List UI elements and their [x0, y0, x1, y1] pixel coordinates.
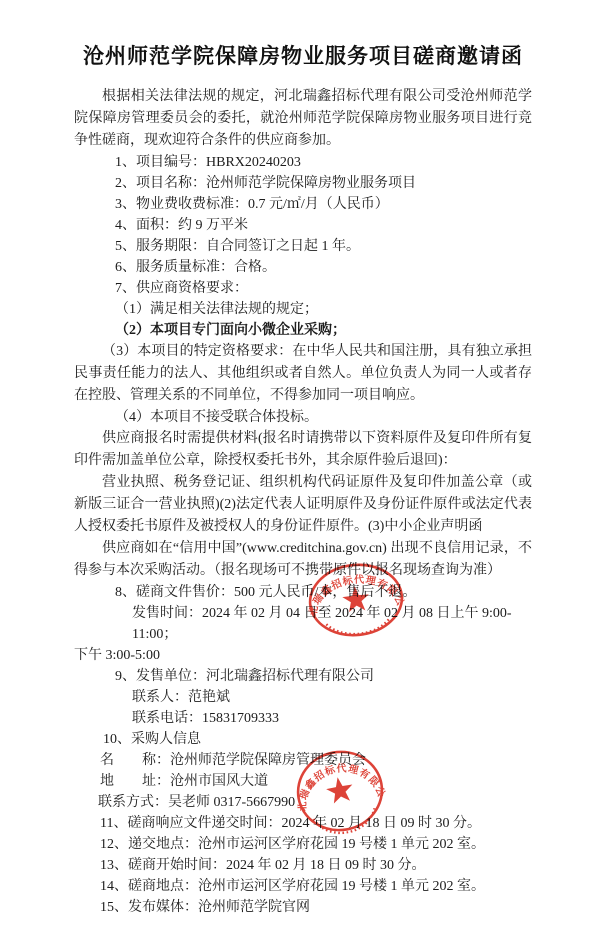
item-fee-standard: 3、物业费收费标准：0.7 元/㎡/月（人民币）: [74, 194, 532, 215]
materials-detail: 营业执照、税务登记证、组织机构代码证原件及复印件加盖公章（或新版三证合一营业执照…: [74, 472, 532, 538]
credit-china-note: 供应商如在“信用中国”(www.creditchina.gov.cn) 出现不良…: [74, 538, 532, 582]
document-page: 沧州师范学院保障房物业服务项目磋商邀请函 根据相关法律法规的规定，河北瑞鑫招标代…: [0, 0, 602, 931]
purchaser-name: 名 称：沧州师范学院保障房管理委员会: [74, 750, 532, 771]
item-publish-media: 15、发布媒体：沧州师范学院官网: [74, 897, 532, 918]
item-submission-deadline: 11、磋商响应文件递交时间：2024 年 02 月 18 日 09 时 30 分…: [74, 813, 532, 834]
agency-contact-person: 联系人：范艳斌: [74, 687, 532, 708]
item-service-term: 5、服务期限：自合同签订之日起 1 年。: [74, 236, 532, 257]
requirement-2-bold: （2）本项目专门面向小微企业采购；: [74, 320, 532, 341]
document-content: 沧州师范学院保障房物业服务项目磋商邀请函 根据相关法律法规的规定，河北瑞鑫招标代…: [74, 40, 532, 918]
requirement-3: （3）本项目的特定资格要求：在中华人民共和国注册，具有独立承担民事责任能力的法人…: [74, 341, 532, 407]
document-title: 沧州师范学院保障房物业服务项目磋商邀请函: [74, 40, 532, 70]
intro-paragraph: 根据相关法律法规的规定，河北瑞鑫招标代理有限公司受沧州师范学院保障房管理委员会的…: [74, 86, 532, 152]
item-quality-standard: 6、服务质量标准：合格。: [74, 257, 532, 278]
item-submission-place: 12、递交地点：沧州市运河区学府花园 19 号楼 1 单元 202 室。: [74, 834, 532, 855]
item-consultation-start: 13、磋商开始时间：2024 年 02 月 18 日 09 时 30 分。: [74, 855, 532, 876]
item-project-number: 1、项目编号：HBRX20240203: [74, 152, 532, 173]
requirement-4: （4）本项目不接受联合体投标。: [74, 407, 532, 428]
item-consultation-place: 14、磋商地点：沧州市运河区学府花园 19 号楼 1 单元 202 室。: [74, 876, 532, 897]
purchaser-address: 地 址：沧州市国风大道: [74, 771, 532, 792]
item-purchaser-info: 10、采购人信息: [74, 729, 532, 750]
sale-time-line2: 下午 3:00-5:00: [74, 645, 532, 666]
purchaser-contact: 联系方式：吴老师 0317-5667990: [74, 792, 532, 813]
item-sale-unit: 9、发售单位：河北瑞鑫招标代理有限公司: [74, 666, 532, 687]
agency-contact-phone: 联系电话：15831709333: [74, 708, 532, 729]
item-supplier-requirements: 7、供应商资格要求：: [74, 278, 532, 299]
item-project-name: 2、项目名称：沧州师范学院保障房物业服务项目: [74, 173, 532, 194]
registration-materials: 供应商报名时需提供材料(报名时请携带以下资料原件及复印件所有复印件需加盖单位公章…: [74, 428, 532, 472]
item-document-price: 8、磋商文件售价：500 元人民币/本，售后不退。: [74, 582, 532, 603]
requirement-1: （1）满足相关法律法规的规定；: [74, 299, 532, 320]
sale-time-line1: 发售时间：2024 年 02 月 04 日至 2024 年 02 月 08 日上…: [74, 603, 532, 645]
item-area: 4、面积：约 9 万平米: [74, 215, 532, 236]
